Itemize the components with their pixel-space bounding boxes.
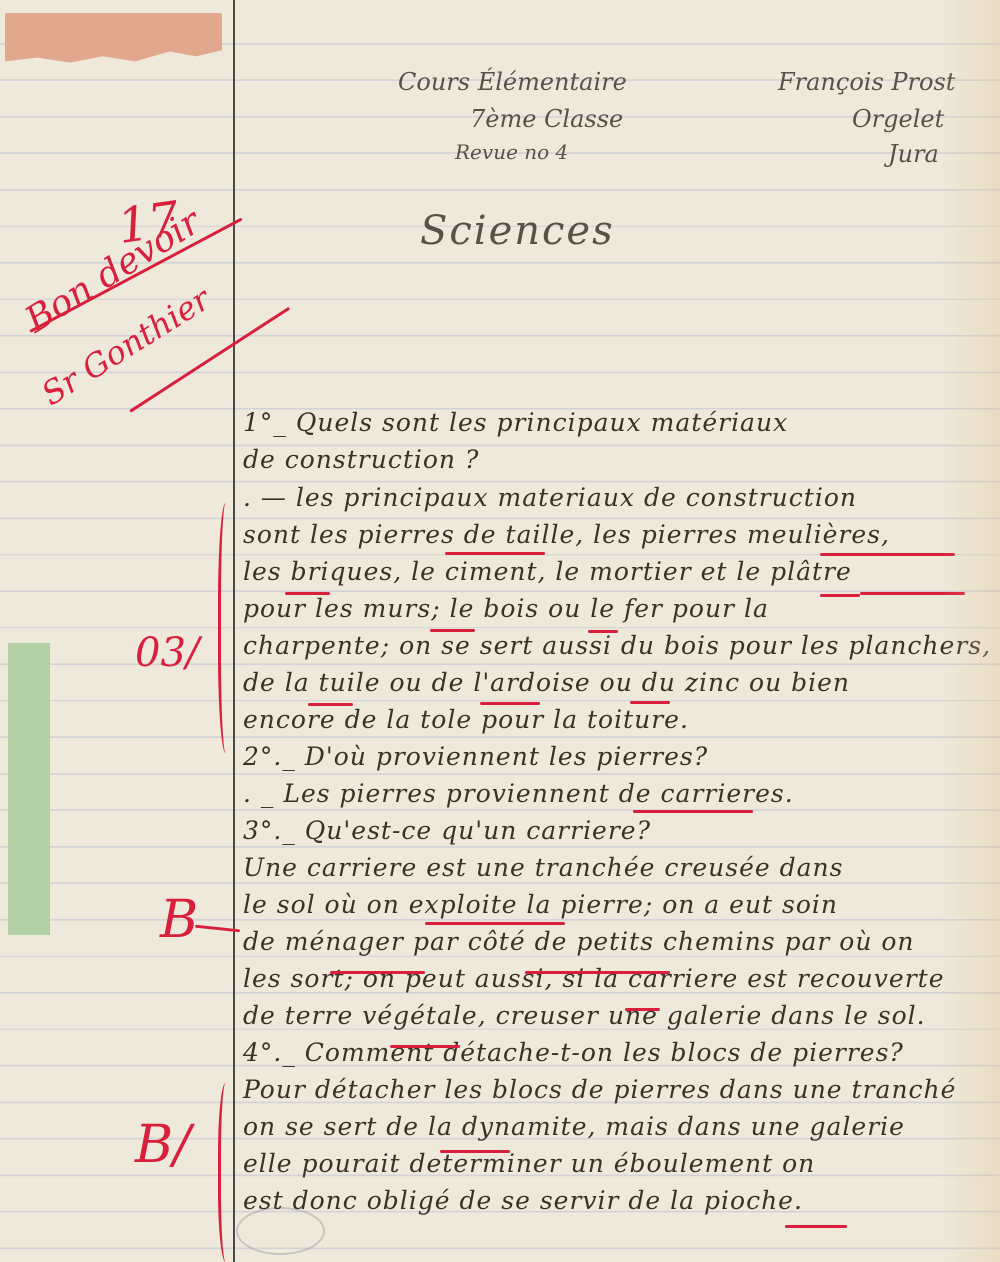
header-left-line2: 7ème Classe [470, 105, 623, 133]
underline-fer [588, 630, 618, 633]
underline-pioche [785, 1225, 847, 1228]
mark-q4: B/ [135, 1115, 191, 1175]
answer-1-line2: sont les pierres de taille, les pierres … [243, 520, 890, 549]
underline-detache [390, 1045, 460, 1048]
mark-q1: 03/ [135, 630, 199, 676]
question-4: 4°._ Comment détache-t-on les blocs de p… [243, 1038, 904, 1067]
brace-q4 [218, 1083, 237, 1262]
answer-3-line5: de terre végétale, creuser une galerie d… [243, 1001, 926, 1030]
underline-briques [285, 592, 330, 595]
answer-4-line4: est donc obligé de se servir de la pioch… [243, 1186, 803, 1215]
underline-carrieres [633, 810, 753, 813]
mark-q3: B [160, 890, 198, 950]
answer-1-line7: encore de la tole pour la toiture. [243, 705, 689, 734]
header-right-line3: Jura [888, 140, 939, 168]
page-title: Sciences [420, 208, 615, 254]
notebook-page: Cours Élémentaire 7ème Classe Revue no 4… [0, 0, 1000, 1262]
header-right-line2: Orgelet [852, 105, 944, 133]
answer-3-line2: le sol où on exploite la pierre; on a eu… [243, 890, 838, 919]
answer-1-line1: . — les principaux materiaux de construc… [243, 483, 857, 512]
question-2: 2°._ D'où proviennent les pierres? [243, 742, 708, 771]
answer-3-line1: Une carriere est une tranchée creusée da… [243, 853, 843, 882]
underline-tuile [308, 703, 353, 706]
underline-galerie [625, 1008, 660, 1011]
answer-1-line3: les briques, le ciment, le mortier et le… [243, 557, 852, 586]
answer-1-line6: de la tuile ou de l'ardoise ou du zinc o… [243, 668, 850, 697]
question-3: 3°._ Qu'est-ce qu'un carriere? [243, 816, 651, 845]
question-1-line1: 1°_ Quels sont les principaux matériaux [243, 408, 788, 437]
answer-1-line4: pour les murs; le bois ou le fer pour la [243, 594, 769, 623]
answer-3-line4: les sort; on peut aussi, si la carriere … [243, 964, 945, 993]
tape-top [5, 13, 222, 75]
underline-de-taille [445, 552, 545, 555]
header-left-line1: Cours Élémentaire [398, 68, 627, 96]
answer-2: . _ Les pierres proviennent de carrieres… [243, 779, 794, 808]
underline-et [820, 594, 860, 597]
underline-tole [480, 702, 540, 705]
underline-sort-on [330, 971, 425, 974]
underline-la-carriere [525, 971, 670, 974]
header-left-line3: Revue no 4 [455, 140, 568, 164]
header-right-line1: François Prost [778, 68, 955, 96]
answer-1-line5: charpente; on se sert aussi du bois pour… [243, 631, 991, 660]
underline-dynamite [440, 1150, 510, 1153]
answer-4-line1: Pour détacher les blocs de pierres dans … [243, 1075, 956, 1104]
answer-3-line3: de ménager par côté de petits chemins pa… [243, 927, 915, 956]
question-1-line2: de construction ? [243, 445, 479, 474]
answer-4-line2: on se sert de la dynamite, mais dans une… [243, 1112, 905, 1141]
underline-exploite [425, 922, 565, 925]
tape-side [8, 643, 50, 935]
brace-q1 [218, 503, 237, 753]
answer-4-line3: elle pourait determiner un éboulement on [243, 1149, 815, 1178]
underline-bois [430, 629, 475, 632]
underline-meulieres [820, 553, 955, 556]
underline-platre [860, 592, 965, 595]
underline-zinc [630, 701, 670, 704]
